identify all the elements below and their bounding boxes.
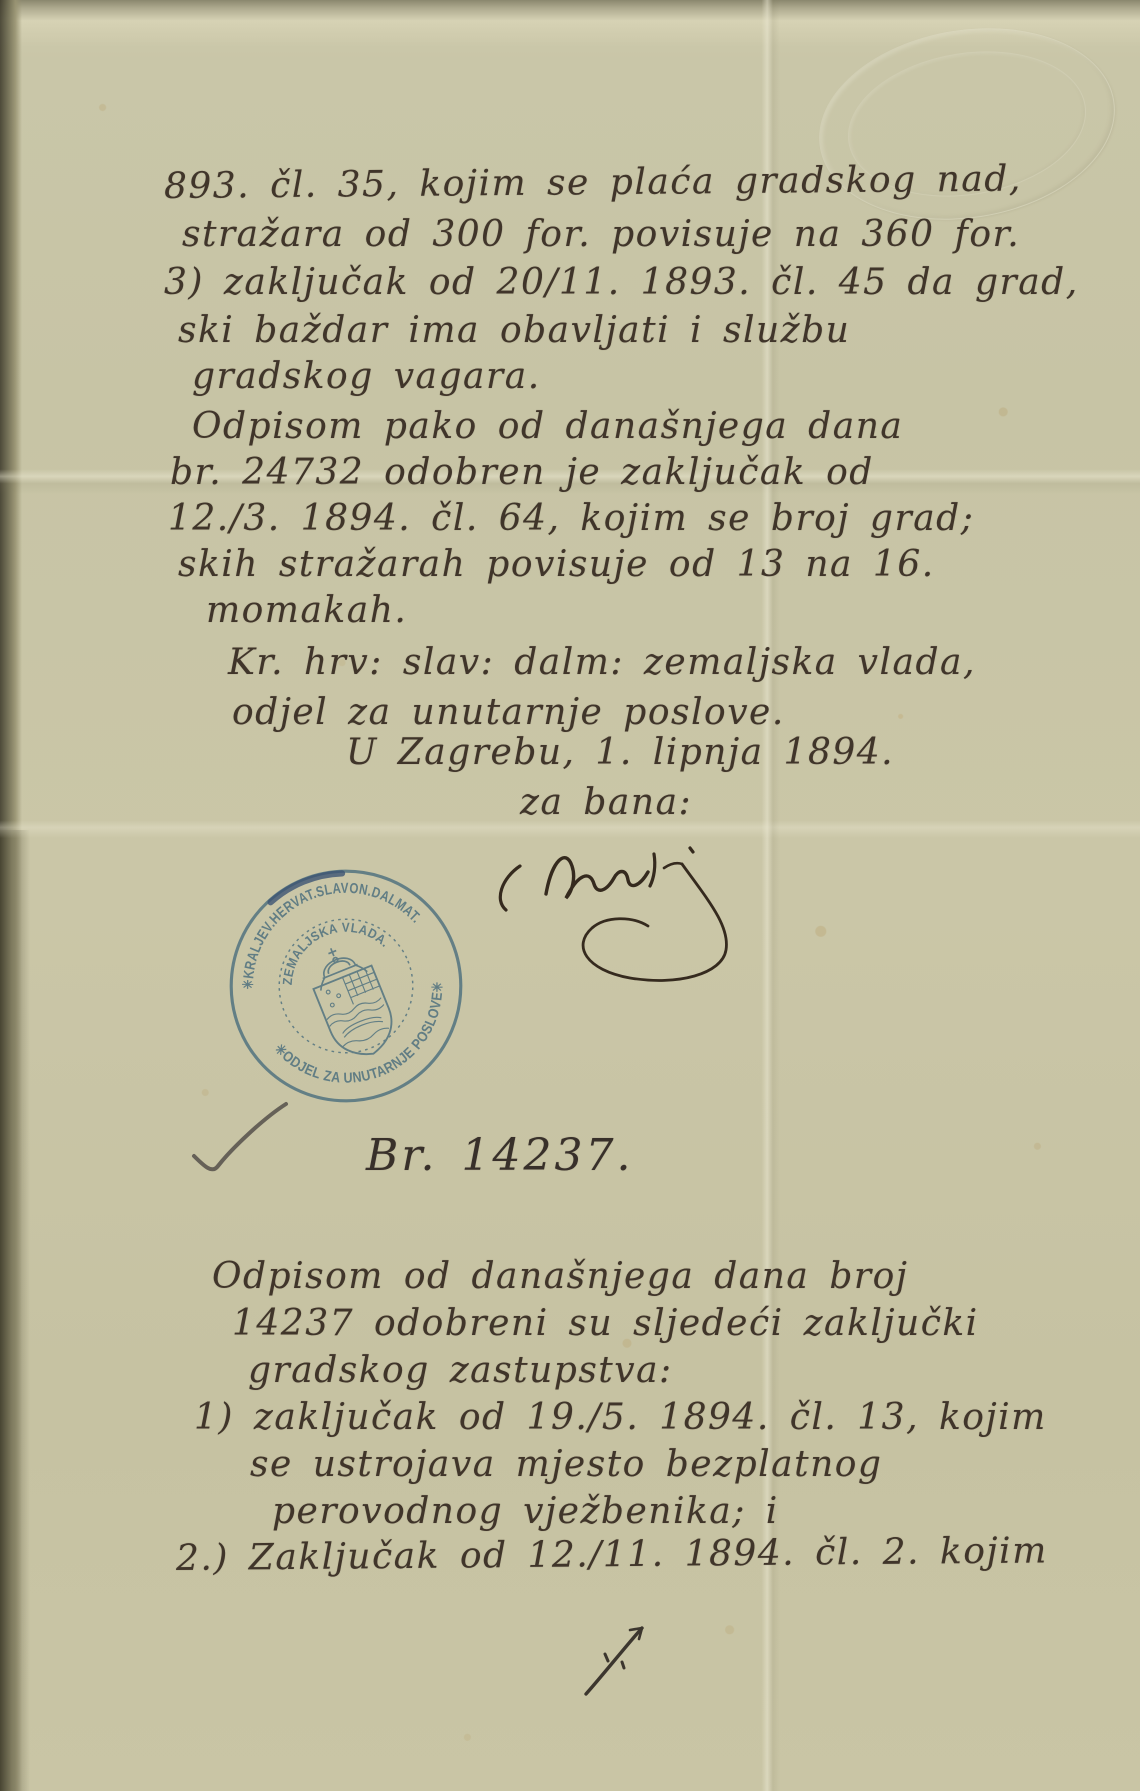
manuscript-line: gradskog zastupstva: xyxy=(248,1350,673,1391)
manuscript-line: skih stražarah povisuje od 13 na 16. xyxy=(178,544,935,585)
manuscript-page: 893. čl. 35, kojim se plaća gradskog nad… xyxy=(0,0,1140,1791)
manuscript-line: stražara od 300 for. povisuje na 360 for… xyxy=(182,214,1020,255)
manuscript-line: 893. čl. 35, kojim se plaća gradskog nad… xyxy=(164,159,1022,207)
official-stamp: ✳KRALJEV.HERVAT.SLAVON.DALMAT. ✳ODJEL ZA… xyxy=(190,830,502,1142)
manuscript-line: Odpisom od današnjega dana broj xyxy=(212,1256,908,1297)
manuscript-line: 12./3. 1894. čl. 64, kojim se broj grad; xyxy=(168,498,974,539)
manuscript-line: 14237 odobreni su sljedeći zaključki xyxy=(232,1303,979,1344)
closing-line: odjel za unutarnje poslove. xyxy=(232,692,785,733)
reference-number: Br. 14237. xyxy=(366,1130,633,1181)
stamp-ring-text-bottom: ✳ODJEL ZA UNUTARNJE POSLOVE✳ xyxy=(268,976,471,1115)
closing-line: Kr. hrv: slav: dalm: zemaljska vlada, xyxy=(228,642,976,683)
signature xyxy=(468,808,808,998)
svg-text:✳ODJEL ZA UNUTARNJE POSLOVE✳: ✳ODJEL ZA UNUTARNJE POSLOVE✳ xyxy=(268,976,471,1115)
book-page-edges xyxy=(0,830,30,1791)
manuscript-line: perovodnog vježbenika; i xyxy=(272,1491,779,1532)
continuation-mark xyxy=(578,1618,658,1710)
dateline: U Zagrebu, 1. lipnja 1894. xyxy=(346,732,894,773)
manuscript-line: 2.) Zaključak od 12./11. 1894. čl. 2. ko… xyxy=(176,1530,1048,1579)
manuscript-line: se ustrojava mjesto bezplatnog xyxy=(250,1444,882,1485)
manuscript-line: 3) zaključak od 20/11. 1893. čl. 45 da g… xyxy=(164,262,1079,303)
manuscript-line: br. 24732 odobren je zaključak od xyxy=(170,452,874,493)
manuscript-line: Odpisom pako od današnjega dana xyxy=(192,406,903,447)
manuscript-line: ski baždar ima obavljati i službu xyxy=(178,310,850,351)
manuscript-line: momakah. xyxy=(206,590,407,631)
manuscript-line: 1) zaključak od 19./5. 1894. čl. 13, koj… xyxy=(194,1397,1047,1438)
checkmark-icon xyxy=(186,1100,296,1192)
manuscript-line: gradskog vagara. xyxy=(192,356,541,397)
